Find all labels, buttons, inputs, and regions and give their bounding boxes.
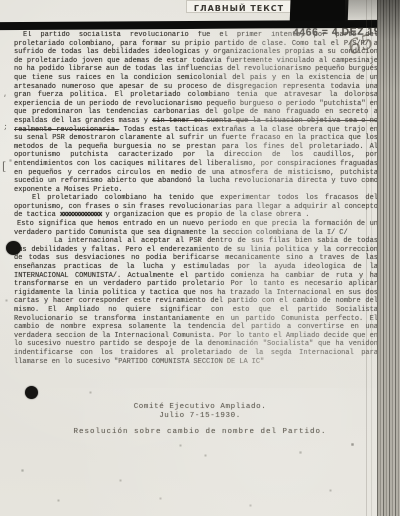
margin-pen-mark-1: ': [2, 94, 7, 104]
margin-pen-mark-3: [: [2, 160, 6, 173]
paragraph-4: La internacional al aceptar al PSR dentr…: [14, 237, 378, 366]
paper-specks: [0, 0, 1, 1]
paragraph-2-continued: y organizacion que es propio de la clase…: [101, 211, 309, 219]
hole-punch-bottom: [25, 386, 38, 399]
paragraph-1-text: El partido socialista revolucionario fue…: [14, 31, 378, 125]
signature-date: Julio 7-15-1930.: [0, 412, 400, 421]
document-footer: Comité Ejecutivo Ampliado. Julio 7-15-19…: [0, 403, 400, 437]
hole-punch-top: [6, 241, 21, 255]
signature-committee: Comité Ejecutivo Ampliado.: [0, 403, 400, 412]
margin-pen-mark-2: ;: [4, 122, 7, 132]
typewritten-body: El partido socialista revolucionario fue…: [14, 31, 378, 383]
overtyped-blackout: xxxxxxxxxxxxx: [60, 211, 102, 219]
scanned-document-page: ГЛАВНЫЙ ТЕКСТ 4466 = 4 DEZ 1930 65 El pa…: [0, 0, 400, 516]
binding-shadow-top: [345, 0, 378, 22]
paragraph-2: El proletariado colombiano ha tenido que…: [14, 194, 378, 220]
archive-label: ГЛАВНЫЙ ТЕКСТ: [186, 0, 292, 13]
paragraph-1-continued: Todas estas tacticas extrañas a la clase…: [14, 126, 378, 194]
subject-line: Resolución sobre cambio de nombre del Pa…: [0, 428, 400, 437]
binding-edge-band: [377, 0, 400, 516]
paragraph-3: Esto significa que hemos entrado en un n…: [14, 220, 378, 237]
paragraph-1: El partido socialista revolucionario fue…: [14, 31, 378, 194]
